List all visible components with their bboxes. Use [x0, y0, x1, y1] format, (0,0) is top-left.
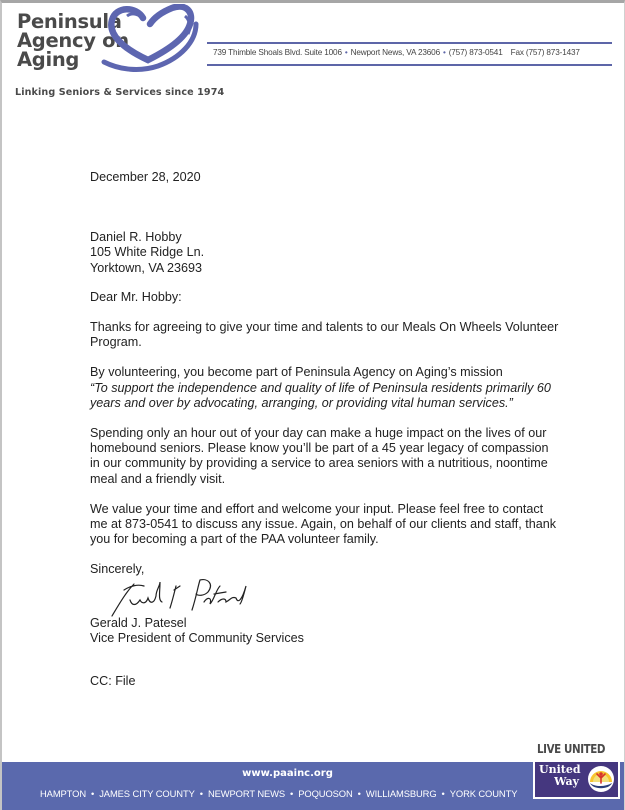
divider	[207, 42, 612, 44]
phone-number: (757) 873-0541	[449, 48, 503, 57]
mission-statement: “To support the independence and quality…	[90, 381, 551, 410]
locality: JAMES CITY COUNTY	[99, 788, 195, 799]
paragraph-mission: By volunteering, you become part of Peni…	[90, 365, 560, 411]
letter-date: December 28, 2020	[90, 170, 560, 185]
live-united-label: LIVE UNITED	[537, 741, 605, 756]
letter-body: December 28, 2020 Daniel R. Hobby 105 Wh…	[90, 170, 560, 689]
heart-ribbon-icon	[96, 4, 206, 72]
locality: POQUOSON	[298, 788, 352, 799]
street-address: 739 Thimble Shoals Blvd. Suite 1006	[213, 48, 342, 57]
fax-number: Fax (757) 873-1437	[511, 48, 580, 57]
paragraph-thanks: Thanks for agreeing to give your time an…	[90, 320, 560, 350]
divider	[207, 64, 612, 66]
address-line: 739 Thimble Shoals Blvd. Suite 1006•Newp…	[213, 48, 580, 57]
locality: YORK COUNTY	[450, 788, 518, 799]
mission-intro: By volunteering, you become part of Peni…	[90, 365, 503, 379]
recipient-name: Daniel R. Hobby	[90, 230, 560, 245]
united-way-badge: United Way	[533, 760, 620, 799]
united-way-hand-rainbow-icon	[587, 765, 615, 793]
recipient-street: 105 White Ridge Ln.	[90, 245, 560, 260]
separator: •	[443, 48, 446, 57]
locality: WILLIAMSBURG	[366, 788, 437, 799]
united-way-wordmark: United Way	[539, 764, 581, 788]
paragraph-impact: Spending only an hour out of your day ca…	[90, 426, 560, 487]
footer-localities: HAMPTON•JAMES CITY COUNTY•NEWPORT NEWS•P…	[40, 788, 540, 799]
handwritten-signature-icon	[104, 576, 254, 620]
paragraph-contact: We value your time and effort and welcom…	[90, 502, 560, 548]
recipient-block: Daniel R. Hobby 105 White Ridge Ln. York…	[90, 230, 560, 276]
cc-line: CC: File	[90, 674, 560, 689]
recipient-city: Yorktown, VA 23693	[90, 261, 560, 276]
locality: NEWPORT NEWS	[208, 788, 285, 799]
locality: HAMPTON	[40, 788, 86, 799]
signer-name: Gerald J. Patesel	[90, 616, 560, 631]
separator: •	[345, 48, 348, 57]
tagline: Linking Seniors & Services since 1974	[15, 87, 224, 98]
signer-title: Vice President of Community Services	[90, 631, 560, 646]
footer-website-link[interactable]: www.paainc.org	[0, 768, 575, 779]
city-address: Newport News, VA 23606	[351, 48, 440, 57]
salutation: Dear Mr. Hobby:	[90, 290, 560, 305]
